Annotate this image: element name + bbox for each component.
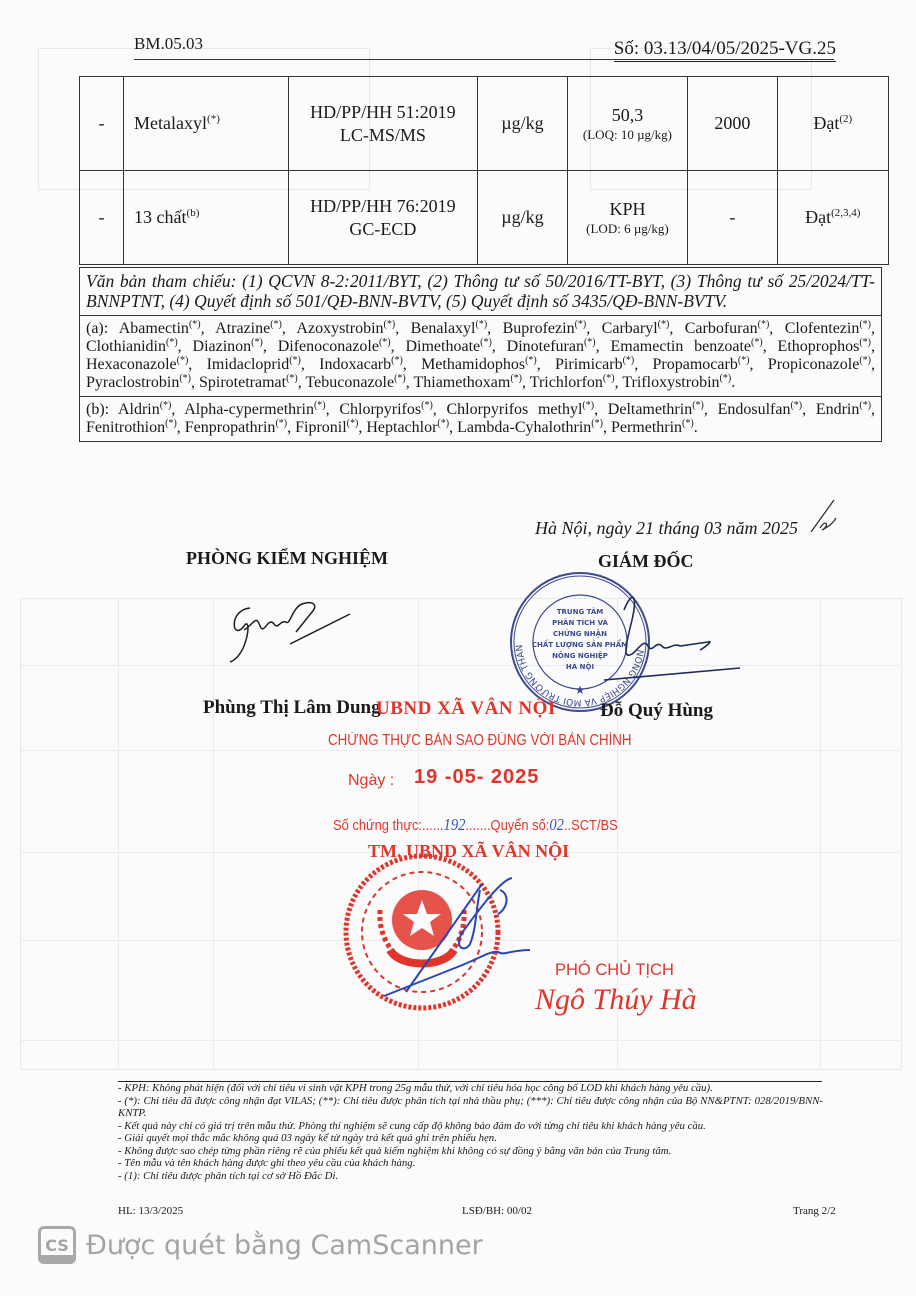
cert-no-value: 192 — [444, 815, 466, 834]
result-cell: KPH(LOD: 6 µg/kg) — [567, 171, 687, 265]
director-signature — [604, 580, 744, 690]
substance-item: Tebuconazole(*) — [305, 374, 405, 391]
limit-cell: 2000 — [688, 77, 777, 171]
certifying-authority: UBND XÃ VÂN NỘI — [376, 698, 556, 720]
method-code: HD/PP/HH 51:2019 — [295, 101, 471, 124]
substance-item: Fenpropathrin(*) — [185, 419, 287, 436]
results-table: -Metalaxyl(*)HD/PP/HH 51:2019LC-MS/MSµg/… — [79, 76, 889, 265]
svg-text:NÔNG NGHIỆP: NÔNG NGHIỆP — [552, 651, 608, 660]
method-technique: GC-ECD — [295, 218, 471, 241]
bleed-through-line — [20, 750, 900, 751]
substance-list-a: (a): Abamectin(*), Atrazine(*), Azoxystr… — [80, 316, 882, 397]
substance-item: Methamidophos(*) — [421, 356, 537, 373]
footnotes: - KPH: Không phát hiện (đối với chỉ tiêu… — [118, 1082, 823, 1182]
substance-item: Endrin(*) — [816, 401, 871, 418]
evaluation-note: (2,3,4) — [831, 207, 860, 219]
book-value: 02 — [549, 815, 564, 834]
footnote-line: - (1): Chỉ tiêu được phân tích tại cơ sở… — [118, 1170, 823, 1183]
svg-text:PHÂN TÍCH VÀ: PHÂN TÍCH VÀ — [552, 618, 608, 627]
substance-item: Buprofezin(*) — [503, 320, 587, 337]
result-detail: (LOD: 6 µg/kg) — [574, 221, 681, 237]
substance-item: Alpha-cypermethrin(*) — [184, 401, 325, 418]
substance-item: Lambda-Cyhalothrin(*) — [457, 419, 603, 436]
substance-item: Propamocarb(*) — [653, 356, 750, 373]
parameter-note: (b) — [187, 207, 200, 219]
substance-item: Heptachlor(*) — [366, 419, 449, 436]
method-cell: HD/PP/HH 76:2019GC-ECD — [288, 171, 477, 265]
unit-cell: µg/kg — [478, 77, 568, 171]
substance-item: Chlorpyrifos(*) — [339, 401, 432, 418]
substance-item: Azoxystrobin(*) — [296, 320, 395, 337]
method-technique: LC-MS/MS — [295, 124, 471, 147]
row-index: - — [80, 77, 124, 171]
camscanner-logo-icon: CS — [38, 1226, 76, 1264]
evaluation-cell: Đạt(2) — [777, 77, 888, 171]
place-date: Hà Nội, ngày 21 tháng 03 năm 2025 — [535, 518, 798, 539]
limit-cell: - — [688, 171, 777, 265]
substance-item: Diazinon(*) — [193, 338, 263, 355]
substance-item: Pirimicarb(*) — [555, 356, 634, 373]
substance-item: Dinotefuran(*) — [507, 338, 596, 355]
substance-item: Chlorpyrifos methyl(*) — [446, 401, 594, 418]
svg-text:★: ★ — [575, 683, 586, 697]
parameter-name: 13 chất — [134, 207, 186, 227]
substance-item: Propiconazole(*) — [768, 356, 871, 373]
substance-item: Deltamethrin(*) — [608, 401, 704, 418]
watermark-text: Được quét bằng CamScanner — [86, 1230, 483, 1261]
parameter-cell: 13 chất(b) — [124, 171, 289, 265]
director-name: Đỗ Quý Hùng — [600, 700, 713, 722]
evaluation-value: Đạt — [805, 207, 831, 227]
reference-documents: Văn bản tham chiếu: (1) QCVN 8-2:2011/BY… — [80, 268, 882, 316]
table-row: -Metalaxyl(*)HD/PP/HH 51:2019LC-MS/MSµg/… — [80, 77, 889, 171]
bleed-through-line — [20, 665, 900, 666]
initials-mark — [808, 496, 838, 534]
substance-item: Trifloxystrobin(*) — [622, 374, 731, 391]
substance-item: Fipronil(*) — [295, 419, 358, 436]
svg-text:TRUNG TÂM: TRUNG TÂM — [557, 607, 604, 616]
footnote-line: - (*): Chỉ tiêu đã được công nhận đạt VI… — [118, 1095, 823, 1120]
vice-chairman-signature — [380, 870, 590, 1000]
footnote-line: - Kết quả này chỉ có giá trị trên mẫu th… — [118, 1120, 823, 1133]
substance-item: Difenoconazole(*) — [278, 338, 391, 355]
substance-item: Thiamethoxam(*) — [413, 374, 522, 391]
substance-item: Clofentezin(*) — [785, 320, 871, 337]
certification-statement: CHỨNG THỰC BẢN SAO ĐÚNG VỚI BẢN CHÍNH — [328, 732, 632, 750]
camscanner-watermark: CS Được quét bằng CamScanner — [38, 1226, 483, 1264]
svg-text:HÀ NỘI: HÀ NỘI — [566, 662, 594, 671]
book-suffix: SCT/BS — [571, 817, 618, 834]
substance-item: Abamectin(*) — [119, 320, 201, 337]
certification-date: 19 -05- 2025 — [414, 766, 539, 789]
substance-item: Fenitrothion(*) — [86, 419, 177, 436]
substance-list-b: (b): Aldrin(*), Alpha-cypermethrin(*), C… — [80, 396, 882, 441]
header-rule — [134, 59, 834, 60]
bleed-through-line — [213, 598, 214, 1068]
footnote-line: - KPH: Không phát hiện (đối với chỉ tiêu… — [118, 1082, 823, 1095]
substance-item: Indoxacarb(*) — [319, 356, 403, 373]
evaluation-cell: Đạt(2,3,4) — [777, 171, 888, 265]
bleed-through-line — [118, 598, 119, 1068]
footnote-line: - Giải quyết mọi thắc mắc không quá 03 n… — [118, 1132, 823, 1145]
parameter-cell: Metalaxyl(*) — [124, 77, 289, 171]
bleed-through-line — [20, 1040, 900, 1041]
substance-item: Dimethoate(*) — [405, 338, 491, 355]
issue-date: HL: 13/3/2025 — [118, 1205, 183, 1217]
lab-signer-name: Phùng Thị Lâm Dung — [203, 697, 381, 719]
vice-chairman-name: Ngô Thúy Hà — [535, 983, 697, 1017]
method-code: HD/PP/HH 76:2019 — [295, 195, 471, 218]
parameter-note: (*) — [207, 113, 220, 125]
table-row: -13 chất(b)HD/PP/HH 76:2019GC-ECDµg/kgKP… — [80, 171, 889, 265]
cert-no-label: Số chứng thực: — [333, 817, 422, 834]
substance-item: Atrazine(*) — [215, 320, 282, 337]
form-code: BM.05.03 — [134, 34, 203, 54]
substance-item: Clothianidin(*) — [86, 338, 178, 355]
substance-item: Ethoprophos(*) — [778, 338, 871, 355]
result-detail: (LOQ: 10 µg/kg) — [574, 127, 681, 143]
lab-signature — [222, 596, 362, 666]
result-value: 50,3 — [574, 105, 681, 127]
result-value: KPH — [574, 199, 681, 221]
book-label: Quyển số: — [491, 817, 550, 834]
substance-item: Benalaxyl(*) — [411, 320, 488, 337]
footnote-line: - Tên mẫu và tên khách hàng được ghi the… — [118, 1157, 823, 1170]
parameter-name: Metalaxyl — [134, 113, 207, 133]
footnote-line: - Không được sao chép từng phần riêng rẽ… — [118, 1145, 823, 1158]
method-cell: HD/PP/HH 51:2019LC-MS/MS — [288, 77, 477, 171]
substance-item: Endosulfan(*) — [718, 401, 803, 418]
list-label: (a): — [86, 320, 108, 337]
row-index: - — [80, 171, 124, 265]
revision-code: LSĐ/BH: 00/02 — [462, 1205, 532, 1217]
substance-item: Carbaryl(*) — [602, 320, 670, 337]
substance-item: Imidacloprid(*) — [207, 356, 301, 373]
bleed-through-line — [820, 598, 821, 1068]
substance-item: Hexaconazole(*) — [86, 356, 188, 373]
substance-item: Emamectin benzoate(*) — [610, 338, 762, 355]
certification-number-line: Số chứng thực:......192.......Quyển số:0… — [333, 815, 618, 835]
svg-text:CHỨNG NHẬN: CHỨNG NHẬN — [553, 629, 607, 638]
page-number: Trang 2/2 — [793, 1205, 836, 1217]
certification-date-label: Ngày : — [348, 772, 394, 790]
substance-item: Pyraclostrobin(*) — [86, 374, 191, 391]
result-cell: 50,3(LOQ: 10 µg/kg) — [567, 77, 687, 171]
list-label: (b): — [86, 401, 109, 418]
substance-item: Permethrin(*) — [611, 419, 694, 436]
vice-chairman-title: PHÓ CHỦ TỊCH — [555, 961, 674, 980]
substance-item: Spirotetramat(*) — [199, 374, 298, 391]
evaluation-value: Đạt — [813, 113, 839, 133]
notes-table: Văn bản tham chiếu: (1) QCVN 8-2:2011/BY… — [79, 267, 882, 442]
substance-item: Aldrin(*) — [118, 401, 171, 418]
unit-cell: µg/kg — [478, 171, 568, 265]
lab-department-title: PHÒNG KIỂM NGHIỆM — [186, 548, 388, 569]
director-title: GIÁM ĐỐC — [598, 551, 694, 572]
substance-item: Trichlorfon(*) — [530, 374, 615, 391]
evaluation-note: (2) — [839, 113, 852, 125]
substance-item: Carbofuran(*) — [685, 320, 770, 337]
